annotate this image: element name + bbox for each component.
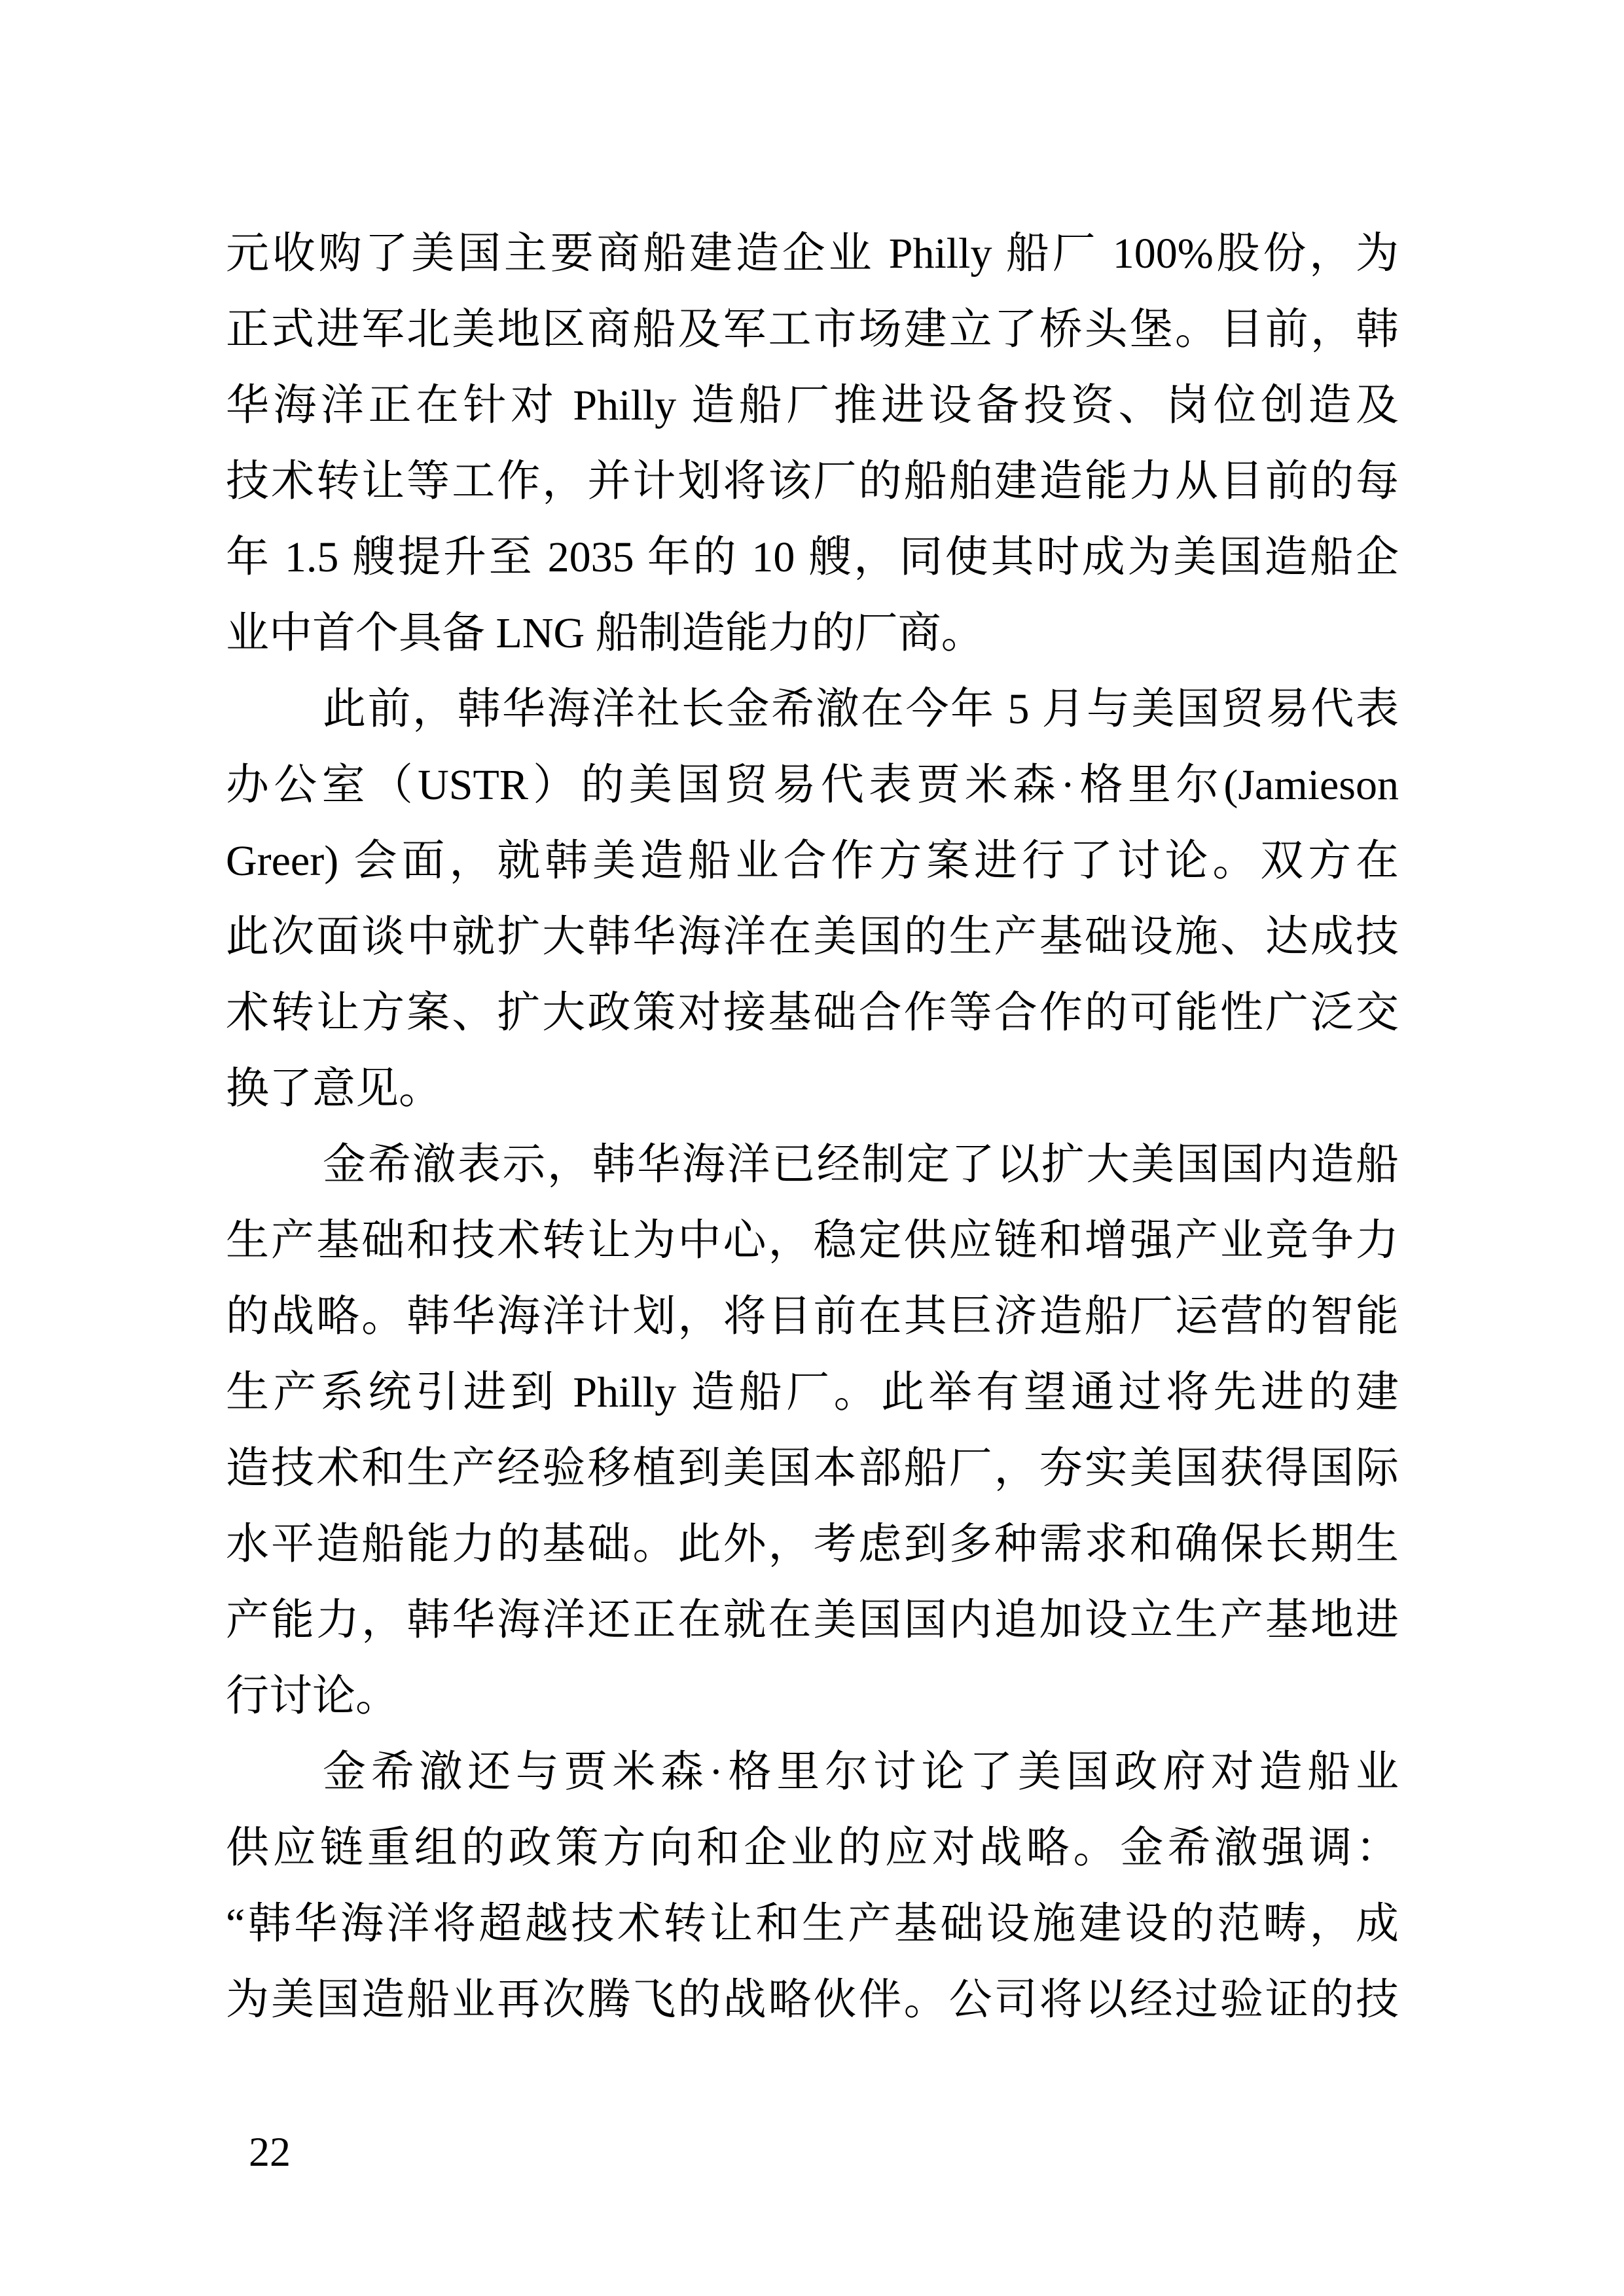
paragraph: 元收购了美国主要商船建造企业 Philly 船厂 100%股份，为正式进军北美地… <box>226 216 1399 672</box>
text-line: “韩华海洋将超越技术转让和生产基础设施建设的范畴，成 <box>226 1886 1399 1962</box>
text-line: 技术转让等工作，并计划将该厂的船舶建造能力从目前的每 <box>226 444 1399 520</box>
text-line: 行讨论。 <box>226 1659 1399 1734</box>
text-line: 金希澈还与贾米森·格里尔讨论了美国政府对造船业 <box>226 1734 1399 1810</box>
article-body: 元收购了美国主要商船建造企业 Philly 船厂 100%股份，为正式进军北美地… <box>226 216 1399 2038</box>
text-line: 业中首个具备 LNG 船制造能力的厂商。 <box>226 596 1399 672</box>
paragraph: 金希澈还与贾米森·格里尔讨论了美国政府对造船业供应链重组的政策方向和企业的应对战… <box>226 1734 1399 2038</box>
text-line: 金希澈表示，韩华海洋已经制定了以扩大美国国内造船 <box>226 1127 1399 1203</box>
text-line: 为美国造船业再次腾飞的战略伙伴。公司将以经过验证的技 <box>226 1962 1399 2038</box>
page-number: 22 <box>249 2127 291 2177</box>
text-line: 术转让方案、扩大政策对接基础合作等合作的可能性广泛交 <box>226 975 1399 1051</box>
paragraph: 此前，韩华海洋社长金希澈在今年 5 月与美国贸易代表办公室（USTR）的美国贸易… <box>226 672 1399 1127</box>
text-line: 此前，韩华海洋社长金希澈在今年 5 月与美国贸易代表 <box>226 672 1399 747</box>
text-line: 生产基础和技术转让为中心，稳定供应链和增强产业竞争力 <box>226 1203 1399 1279</box>
text-line: 年 1.5 艘提升至 2035 年的 10 艘，同使其时成为美国造船企 <box>226 520 1399 596</box>
text-line: 换了意见。 <box>226 1051 1399 1127</box>
text-line: 生产系统引进到 Philly 造船厂。此举有望通过将先进的建 <box>226 1355 1399 1431</box>
text-line: 华海洋正在针对 Philly 造船厂推进设备投资、岗位创造及 <box>226 368 1399 444</box>
text-line: Greer) 会面，就韩美造船业合作方案进行了讨论。双方在 <box>226 823 1399 899</box>
text-line: 此次面谈中就扩大韩华海洋在美国的生产基础设施、达成技 <box>226 899 1399 975</box>
paragraph: 金希澈表示，韩华海洋已经制定了以扩大美国国内造船生产基础和技术转让为中心，稳定供… <box>226 1127 1399 1734</box>
text-line: 正式进军北美地区商船及军工市场建立了桥头堡。目前，韩 <box>226 292 1399 368</box>
text-line: 元收购了美国主要商船建造企业 Philly 船厂 100%股份，为 <box>226 216 1399 292</box>
text-line: 水平造船能力的基础。此外，考虑到多种需求和确保长期生 <box>226 1507 1399 1583</box>
text-line: 供应链重组的政策方向和企业的应对战略。金希澈强调： <box>226 1810 1399 1886</box>
text-line: 产能力，韩华海洋还正在就在美国国内追加设立生产基地进 <box>226 1583 1399 1659</box>
text-line: 办公室（USTR）的美国贸易代表贾米森·格里尔(Jamieson <box>226 747 1399 823</box>
document-page: 元收购了美国主要商船建造企业 Philly 船厂 100%股份，为正式进军北美地… <box>0 0 1624 2296</box>
text-line: 造技术和生产经验移植到美国本部船厂，夯实美国获得国际 <box>226 1431 1399 1507</box>
text-line: 的战略。韩华海洋计划，将目前在其巨济造船厂运营的智能 <box>226 1279 1399 1355</box>
